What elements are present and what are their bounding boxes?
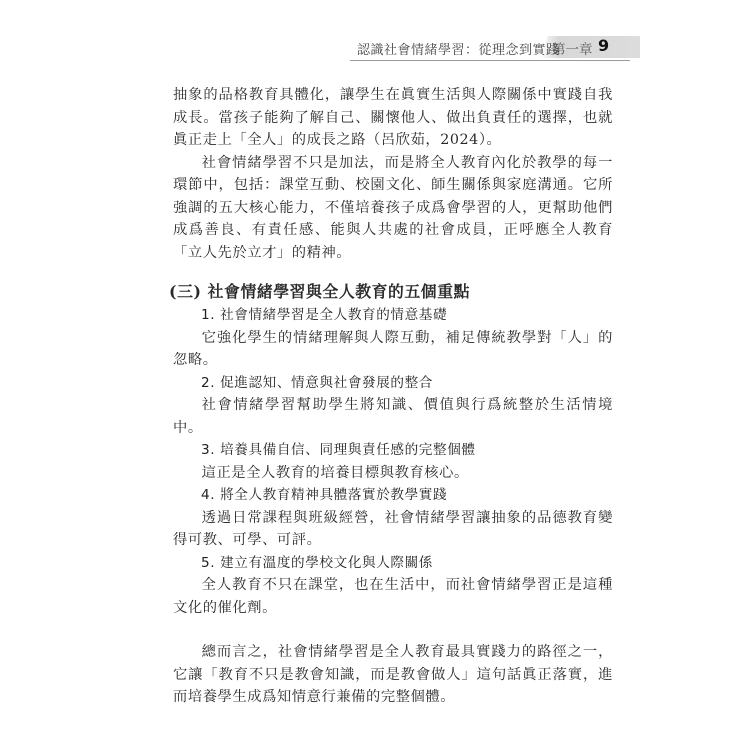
page-body: 抽象的品格教育具體化，讓學生在眞實生活與人際關係中實踐自我成長。當孩子能夠了解自…	[173, 84, 613, 709]
spacer	[173, 619, 613, 641]
chapter-label: 第一章	[552, 38, 593, 58]
point-3-text: 這正是全人教育的培養目標與教育核心。	[173, 462, 613, 485]
point-1-title: 1. 社會情緒學習是全人教育的情意基礎	[201, 304, 613, 327]
point-5-title: 5. 建立有溫度的學校文化與人際關係	[201, 552, 613, 575]
header-divider	[350, 60, 630, 61]
point-1-text: 它強化學生的情緒理解與人際互動，補足傳統教學對「人」的忽略。	[173, 327, 613, 372]
point-4-text: 透過日常課程與班級經營，社會情緒學習讓抽象的品德教育變得可教、可學、可評。	[173, 507, 613, 552]
point-5-text: 全人教育不只在課堂，也在生活中，而社會情緒學習正是這種文化的催化劑。	[173, 574, 613, 619]
point-2-text: 社會情緒學習幫助學生將知識、價值與行爲統整於生活情境中。	[173, 394, 613, 439]
conclusion-paragraph: 總而言之，社會情緒學習是全人教育最具實踐力的路徑之一，它讓「教育不只是教會知識，…	[173, 641, 613, 709]
running-title: 認識社會情緒學習：從理念到實踐	[357, 39, 560, 58]
paragraph-2: 社會情緒學習不只是加法，而是將全人教育內化於教學的每一環節中，包括：課堂互動、校…	[173, 152, 613, 265]
section-heading: (三) 社會情緒學習與全人教育的五個重點	[169, 280, 613, 304]
running-header: 認識社會情緒學習：從理念到實踐 第一章 9	[340, 36, 640, 62]
intro-paragraph: 抽象的品格教育具體化，讓學生在眞實生活與人際關係中實踐自我成長。當孩子能夠了解自…	[173, 84, 613, 152]
point-3-title: 3. 培養具備自信、同理與責任感的完整個體	[201, 439, 613, 462]
page-number: 9	[598, 36, 609, 55]
point-4-title: 4. 將全人教育精神具體落實於教學實踐	[201, 484, 613, 507]
point-2-title: 2. 促進認知、情意與社會發展的整合	[201, 372, 613, 395]
